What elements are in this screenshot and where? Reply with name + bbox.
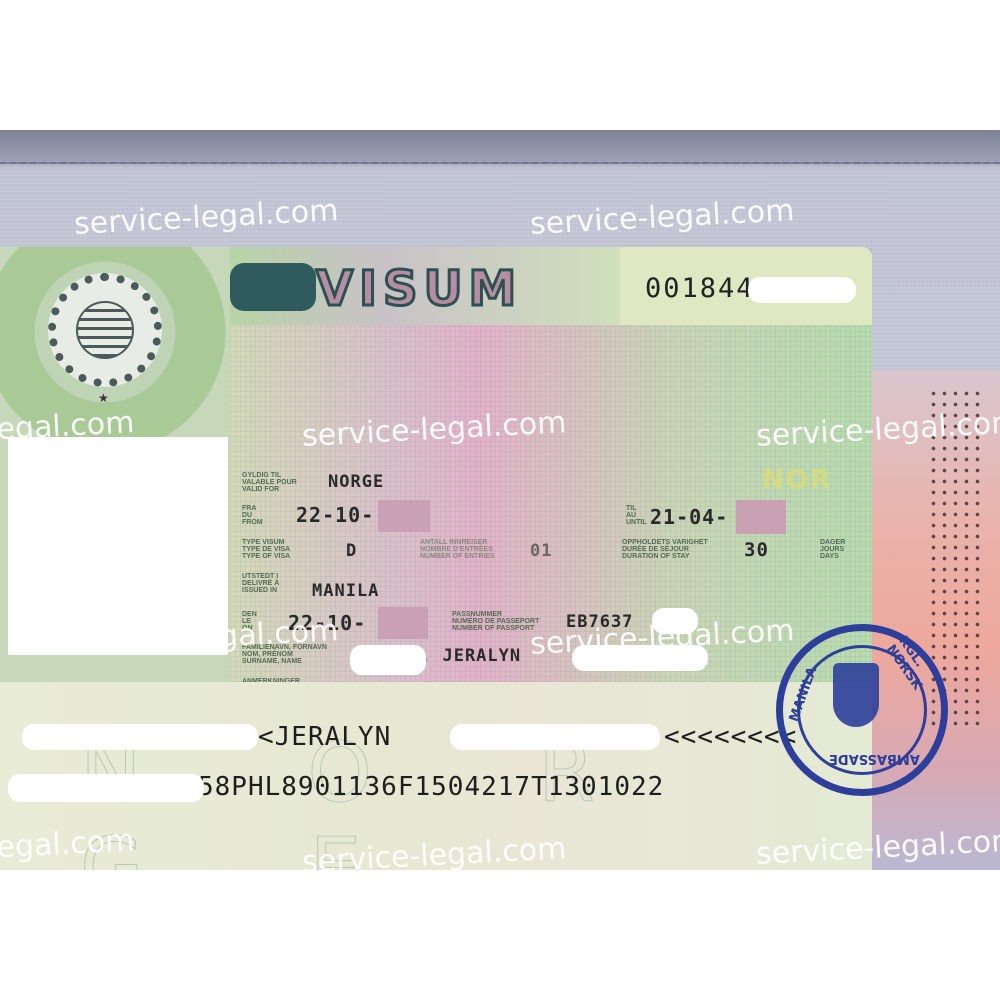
issued-in-value: MANILA: [312, 581, 379, 601]
mrz-line-2: 58PHL8901136F1504217T1301022: [198, 772, 664, 802]
valid-for-label: GYLDIG TIL VALABLE POUR VALID FOR: [242, 472, 297, 493]
redaction: [8, 774, 204, 802]
passport-page-photo: ★ VISUM 001844 NOR GYLDIG TIL VALABLE PO…: [0, 130, 1000, 870]
passport-number-label: PASSNUMMER NUMÉRO DE PASSEPORT NUMBER OF…: [452, 611, 539, 632]
redaction: [748, 277, 856, 303]
from-label: FRA DU FROM: [242, 505, 263, 526]
eu-seal-icon: [48, 273, 162, 387]
valid-for-value: NORGE: [328, 472, 384, 492]
country-code-mark: NOR: [762, 465, 832, 495]
visa-number: 001844: [645, 273, 755, 304]
visum-header: VISUM: [316, 261, 522, 317]
entries-value: 01: [530, 541, 552, 561]
redaction: [378, 500, 430, 532]
redaction: [736, 500, 786, 534]
star-icon: ★: [98, 391, 109, 405]
duration-unit-label: DAGER JOURS DAYS: [820, 539, 845, 560]
until-value: 21-04-: [650, 505, 728, 529]
name-value: , JERALYN: [420, 646, 521, 666]
passport-spine: [0, 130, 1000, 164]
duration-value: 30: [744, 539, 769, 561]
redaction: [350, 645, 426, 675]
coat-of-arms-icon: [833, 663, 879, 727]
mrz-line-1: <JERALYN: [258, 722, 391, 752]
until-label: TIL AU UNTIL: [626, 505, 647, 526]
stamp-text-bottom: AMBASSADE: [829, 751, 920, 766]
header-blob: [230, 263, 316, 311]
redaction: [22, 724, 258, 750]
type-of-visa-label: TYPE VISUM TYPE DE VISA TYPE OF VISA: [242, 539, 290, 560]
duration-label: OPPHOLDETS VARIGHET DURÉE DE SÉJOUR DURA…: [622, 539, 708, 560]
type-of-visa-value: D: [346, 541, 357, 561]
issued-in-label: UTSTEDT I DELIVRÉ À ISSUED IN: [242, 573, 279, 594]
entries-label: ANTALL INNREISER NOMBRE D'ENTRÉES NUMBER…: [420, 539, 495, 560]
redaction: [378, 607, 428, 639]
redaction: [450, 724, 660, 750]
embassy-stamp: KGL. NORSK AMBASSADE MANILA: [776, 624, 948, 796]
from-value: 22-10-: [296, 503, 374, 527]
